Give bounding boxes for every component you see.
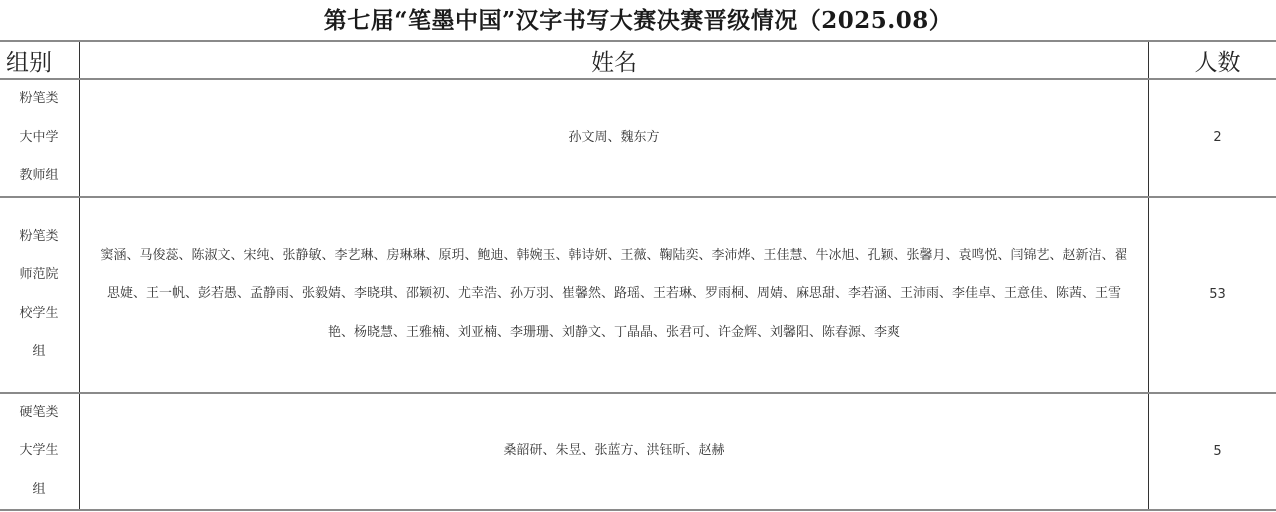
table-row: 粉笔类 师范院 校学生 组 窦涵、马俊蕊、陈淑文、宋纯、张静敏、李艺琳、房琳琳、… [0,197,1276,393]
count-cell: 53 [1149,197,1276,393]
header-names: 姓名 [80,41,1149,79]
names-cell: 桑韶研、朱昱、张蓝方、洪钰昕、赵赫 [80,393,1149,511]
results-table: 组别 姓名 人数 粉笔类 大中学 教师组 孙文周、魏东方 2 粉笔类 师范院 校… [0,40,1276,511]
names-list: 窦涵、马俊蕊、陈淑文、宋纯、张静敏、李艺琳、房琳琳、原玥、鲍迪、韩婉玉、韩诗妍、… [96,237,1132,353]
group-label-line: 粉笔类 [0,80,79,119]
header-count: 人数 [1149,41,1276,79]
names-list: 孙文周、魏东方 [568,119,659,158]
table-row: 粉笔类 大中学 教师组 孙文周、魏东方 2 [0,79,1276,197]
names-cell: 孙文周、魏东方 [80,79,1149,197]
group-cell: 粉笔类 大中学 教师组 [0,79,80,197]
group-label-line: 大学生 [0,432,79,471]
count-cell: 2 [1149,79,1276,197]
names-list: 桑韶研、朱昱、张蓝方、洪钰昕、赵赫 [503,432,724,471]
table-header-row: 组别 姓名 人数 [0,41,1276,79]
header-group: 组别 [0,41,80,79]
table-row: 硬笔类 大学生 组 桑韶研、朱昱、张蓝方、洪钰昕、赵赫 5 [0,393,1276,511]
count-cell: 5 [1149,393,1276,511]
group-label-line: 师范院 [0,256,79,295]
group-label-line: 校学生 [0,295,79,334]
group-label-line: 粉笔类 [0,218,79,257]
group-cell: 硬笔类 大学生 组 [0,393,80,511]
group-label-line: 大中学 [0,119,79,158]
names-cell: 窦涵、马俊蕊、陈淑文、宋纯、张静敏、李艺琳、房琳琳、原玥、鲍迪、韩婉玉、韩诗妍、… [80,197,1149,393]
group-label-line: 教师组 [0,157,79,196]
document-title: 第七届“笔墨中国”汉字书写大赛决赛晋级情况（2025.08） [0,2,1276,40]
group-label-line: 组 [0,471,79,510]
group-label-line: 组 [0,333,79,372]
group-label-line: 硬笔类 [0,394,79,433]
group-cell: 粉笔类 师范院 校学生 组 [0,197,80,393]
